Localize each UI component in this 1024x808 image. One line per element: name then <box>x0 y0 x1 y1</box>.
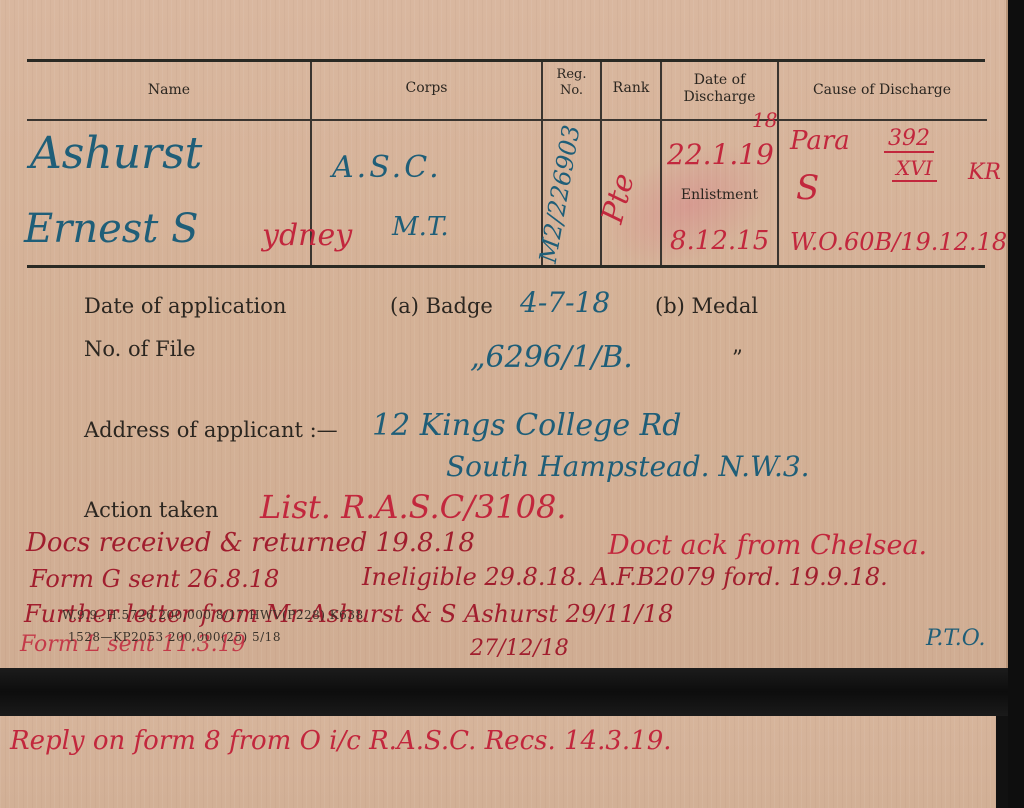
annotation-form-g: Form G sent 26.8.18 <box>30 565 279 593</box>
record-card-reverse: Reply on form 8 from O i/c R.A.S.C. Recs… <box>0 716 996 808</box>
forename-correction: ydney <box>262 218 352 253</box>
action-taken-label: Action taken <box>84 498 219 522</box>
scan-border <box>1008 0 1024 808</box>
cause-s: S <box>796 168 819 208</box>
cause-para: Para <box>790 126 850 156</box>
file-number-close-quote: ” <box>732 346 743 370</box>
date-of-application-label: Date of application <box>84 294 286 318</box>
badge-date: 4-7-18 <box>520 286 610 319</box>
badge-label: (a) Badge <box>390 294 493 318</box>
annotation-ineligible: Ineligible 29.8.18. A.F.B2079 ford. 19.9… <box>362 563 888 591</box>
header-date-of-discharge: Date of Discharge <box>662 72 777 106</box>
action-taken-value: List. R.A.S.C/3108. <box>260 488 566 526</box>
label-enlistment: Enlistment <box>662 187 777 204</box>
discharge-date-correction: 18 <box>752 108 777 132</box>
table-bottom-rule <box>27 265 985 268</box>
annotation-doct-ack: Doct ack from Chelsea. <box>608 530 927 561</box>
record-card-front: Name Corps Reg. No. Rank Date of Dischar… <box>0 0 1008 668</box>
file-number-label: No. of File <box>84 337 196 361</box>
annotation-docs-received: Docs received & returned 19.8.18 <box>26 528 475 558</box>
table-header-rule <box>27 119 987 121</box>
cause-fraction-top: 392 <box>884 126 934 153</box>
file-number-value: „6296/1/B. <box>470 340 633 375</box>
forenames: Ernest S <box>24 206 198 252</box>
header-corps: Corps <box>312 80 541 97</box>
surname: Ashurst <box>30 128 202 179</box>
discharge-date: 22.1.19 <box>667 138 774 171</box>
cause-wo-ref: W.O.60B/19.12.18 <box>790 228 1007 256</box>
header-name: Name <box>28 82 310 99</box>
address-line1: 12 Kings College Rd <box>372 408 681 443</box>
cause-fraction-bottom: XVI <box>892 156 937 182</box>
corps-line2: M.T. <box>392 212 449 242</box>
header-reg-no: Reg. No. <box>543 67 600 99</box>
scan-gap <box>0 668 1024 716</box>
printer-mark-line1: W.9.9. H.5726 200,000 8/17 HWV(P228) K63… <box>62 608 364 622</box>
enlistment-date: 8.12.15 <box>670 226 769 256</box>
reverse-note: Reply on form 8 from O i/c R.A.S.C. Recs… <box>10 726 672 756</box>
corps-line1: A.S.C. <box>332 150 442 185</box>
address-label: Address of applicant :— <box>84 418 338 442</box>
printer-mark-line2: 1528—KP2053 200,000(25) 5/18 <box>68 630 281 644</box>
header-cause-of-discharge: Cause of Discharge <box>779 82 985 99</box>
header-rank: Rank <box>602 80 660 97</box>
annotation-pto: P.T.O. <box>926 626 986 651</box>
address-line2: South Hampstead. N.W.3. <box>446 450 810 483</box>
table-top-rule <box>27 59 985 62</box>
cause-kr: KR <box>968 160 1001 185</box>
medal-label: (b) Medal <box>655 294 758 318</box>
annotation-date: 27/12/18 <box>470 636 569 661</box>
